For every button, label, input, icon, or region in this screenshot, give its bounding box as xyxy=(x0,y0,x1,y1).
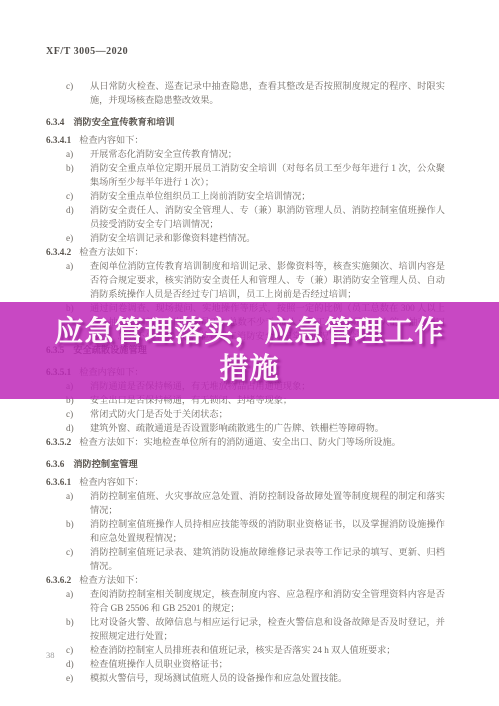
item-label: b) xyxy=(66,517,74,531)
item-label: c) xyxy=(66,545,73,559)
item-label: a) xyxy=(66,587,73,601)
clause-item: a)查阅消防控制室相关制度规定，核查制度内容、应急程序和消防安全管理资料内容是否… xyxy=(46,587,445,615)
item-text: 查阅单位消防宣传教育培训制度和培训记录、影像资料等，核查实施频次、培训内容是否符… xyxy=(90,261,445,299)
item-text: 消防控制室值班、火灾事故应急处置、消防控制设备故障处置等制度规程的制定和落实情况… xyxy=(90,491,445,515)
section-number: 6.3.6 xyxy=(46,459,64,469)
clause-item: c)消防安全重点单位组织员工上岗前消防安全培训情况； xyxy=(46,189,445,203)
section-heading-6-3-6: 6.3.6消防控制室管理 xyxy=(46,457,445,471)
item-text: 模拟火警信号，现场测试值班人员的设备操作和应急处置技能。 xyxy=(90,673,347,683)
item-text: 从日常防火检查、巡查记录中抽查隐患，查看其整改是否按照制度规定的程序、时限实施，… xyxy=(90,81,445,105)
item-text: 消防安全责任人、消防安全管理人、专（兼）职消防管理人员、消防控制室值班操作人员接… xyxy=(90,205,445,229)
subsection-6-3-4-1: 6.3.4.1检查内容如下： xyxy=(46,133,445,147)
item-text: 常闭式防火门是否处于关闭状态； xyxy=(90,409,228,419)
clause-item: c)常闭式防火门是否处于关闭状态； xyxy=(46,407,445,421)
clause-item: a)消防控制室值班、火灾事故应急处置、消防控制设备故障处置等制度规程的制定和落实… xyxy=(46,489,445,517)
item-label: c) xyxy=(66,407,73,421)
clause-item: b)消防安全重点单位定期开展员工消防安全培训（对每名员工至少每年进行 1 次，公… xyxy=(46,161,445,189)
item-label: e) xyxy=(66,671,73,685)
clause-item: d)建筑外窗、疏散通道是否设置影响疏散逃生的广告牌、铁栅栏等障碍物。 xyxy=(46,421,445,435)
item-label: a) xyxy=(66,259,73,273)
item-label: a) xyxy=(66,489,73,503)
item-text: 消防安全重点单位组织员工上岗前消防安全培训情况； xyxy=(90,191,311,201)
item-label: b) xyxy=(66,615,74,629)
item-label: c) xyxy=(66,643,73,657)
item-label: d) xyxy=(66,657,74,671)
banner-title-line1: 应急管理落实，应急管理工作 xyxy=(54,314,444,351)
subsection-number: 6.3.6.2 xyxy=(46,575,71,585)
subsection-6-3-5-2: 6.3.5.2检查方法如下：实地检查单位所有的消防通道、安全出口、防火门等场所设… xyxy=(46,435,445,449)
subsection-number: 6.3.4.1 xyxy=(46,135,71,145)
item-label: e) xyxy=(66,231,73,245)
clause-item: d)检查值班操作人员职业资格证书； xyxy=(46,657,445,671)
item-text: 消防控制室值班记录表、建筑消防设施故障维修记录表等工作记录的填写、更新、归档情况… xyxy=(90,547,445,571)
standard-code-header: XF/T 3005—2020 xyxy=(46,45,445,59)
item-label: c) xyxy=(66,79,73,93)
item-text: 检查消防控制室人员排班表和值班记录，核实是否落实 24 h 双人值班要求； xyxy=(90,645,395,655)
clause-item: e)模拟火警信号，现场测试值班人员的设备操作和应急处置技能。 xyxy=(46,671,445,685)
document-page: XF/T 3005—2020 c) 从日常防火检查、巡查记录中抽查隐患，查看其整… xyxy=(0,0,499,706)
subsection-intro: 检查方法如下： xyxy=(79,247,143,257)
clause-item: e)消防安全培训记录和影像资料建档情况。 xyxy=(46,231,445,245)
clause-item: b)消防控制室值班操作人员持相应技能等级的消防职业资格证书，以及掌握消防设施操作… xyxy=(46,517,445,545)
item-text: 比对设备火警、故障信息与相应运行记录，检查火警信息和设备故障是否及时登记，并按照… xyxy=(90,617,445,641)
section-title: 消防控制室管理 xyxy=(73,459,137,469)
clause-item: a)查阅单位消防宣传教育培训制度和培训记录、影像资料等，核查实施频次、培训内容是… xyxy=(46,259,445,301)
item-label: a) xyxy=(66,147,73,161)
section-number: 6.3.4 xyxy=(46,117,64,127)
banner-title-line2: 措施 xyxy=(219,351,279,388)
item-label: d) xyxy=(66,421,74,435)
item-text: 消防控制室值班操作人员持相应技能等级的消防职业资格证书，以及掌握消防设施操作和应… xyxy=(90,519,445,543)
clause-item: b)比对设备火警、故障信息与相应运行记录，检查火警信息和设备故障是否及时登记，并… xyxy=(46,615,445,643)
item-label: c) xyxy=(66,189,73,203)
clause-item: c)检查消防控制室人员排班表和值班记录，核实是否落实 24 h 双人值班要求； xyxy=(46,643,445,657)
item-text: 检查值班操作人员职业资格证书； xyxy=(90,659,228,669)
page-number: 38 xyxy=(46,650,55,660)
section-title: 消防安全宣传教育和培训 xyxy=(73,117,174,127)
item-label: b) xyxy=(66,161,74,175)
title-overlay-banner: 应急管理落实，应急管理工作 措施 xyxy=(0,302,499,399)
item-text: 消防安全培训记录和影像资料建档情况。 xyxy=(90,233,255,243)
item-text: 查阅消防控制室相关制度规定，核查制度内容、应急程序和消防安全管理资料内容是否符合… xyxy=(90,589,445,613)
clause-item: d)消防安全责任人、消防安全管理人、专（兼）职消防管理人员、消防控制室值班操作人… xyxy=(46,203,445,231)
item-text: 建筑外窗、疏散通道是否设置影响疏散逃生的广告牌、铁栅栏等障碍物。 xyxy=(90,423,384,433)
subsection-6-3-6-2: 6.3.6.2检查方法如下： xyxy=(46,573,445,587)
clause-item: c) 从日常防火检查、巡查记录中抽查隐患，查看其整改是否按照制度规定的程序、时限… xyxy=(46,79,445,107)
subsection-number: 6.3.6.1 xyxy=(46,477,71,487)
clause-item: a)开展常态化消防安全宣传教育情况； xyxy=(46,147,445,161)
subsection-intro: 检查内容如下： xyxy=(79,135,143,145)
subsection-intro: 检查内容如下： xyxy=(79,477,143,487)
subsection-intro: 检查方法如下： xyxy=(79,575,143,585)
subsection-number: 6.3.4.2 xyxy=(46,247,71,257)
item-label: d) xyxy=(66,203,74,217)
item-text: 消防安全重点单位定期开展员工消防安全培训（对每名员工至少每年进行 1 次，公众聚… xyxy=(90,163,445,187)
clause-item: c)消防控制室值班记录表、建筑消防设施故障维修记录表等工作记录的填写、更新、归档… xyxy=(46,545,445,573)
subsection-6-3-4-2: 6.3.4.2检查方法如下： xyxy=(46,245,445,259)
section-heading-6-3-4: 6.3.4消防安全宣传教育和培训 xyxy=(46,115,445,129)
subsection-number: 6.3.5.2 xyxy=(46,437,71,447)
item-text: 开展常态化消防安全宣传教育情况； xyxy=(90,149,237,159)
subsection-text: 检查方法如下：实地检查单位所有的消防通道、安全出口、防火门等场所设施。 xyxy=(79,437,401,447)
subsection-6-3-6-1: 6.3.6.1检查内容如下： xyxy=(46,475,445,489)
